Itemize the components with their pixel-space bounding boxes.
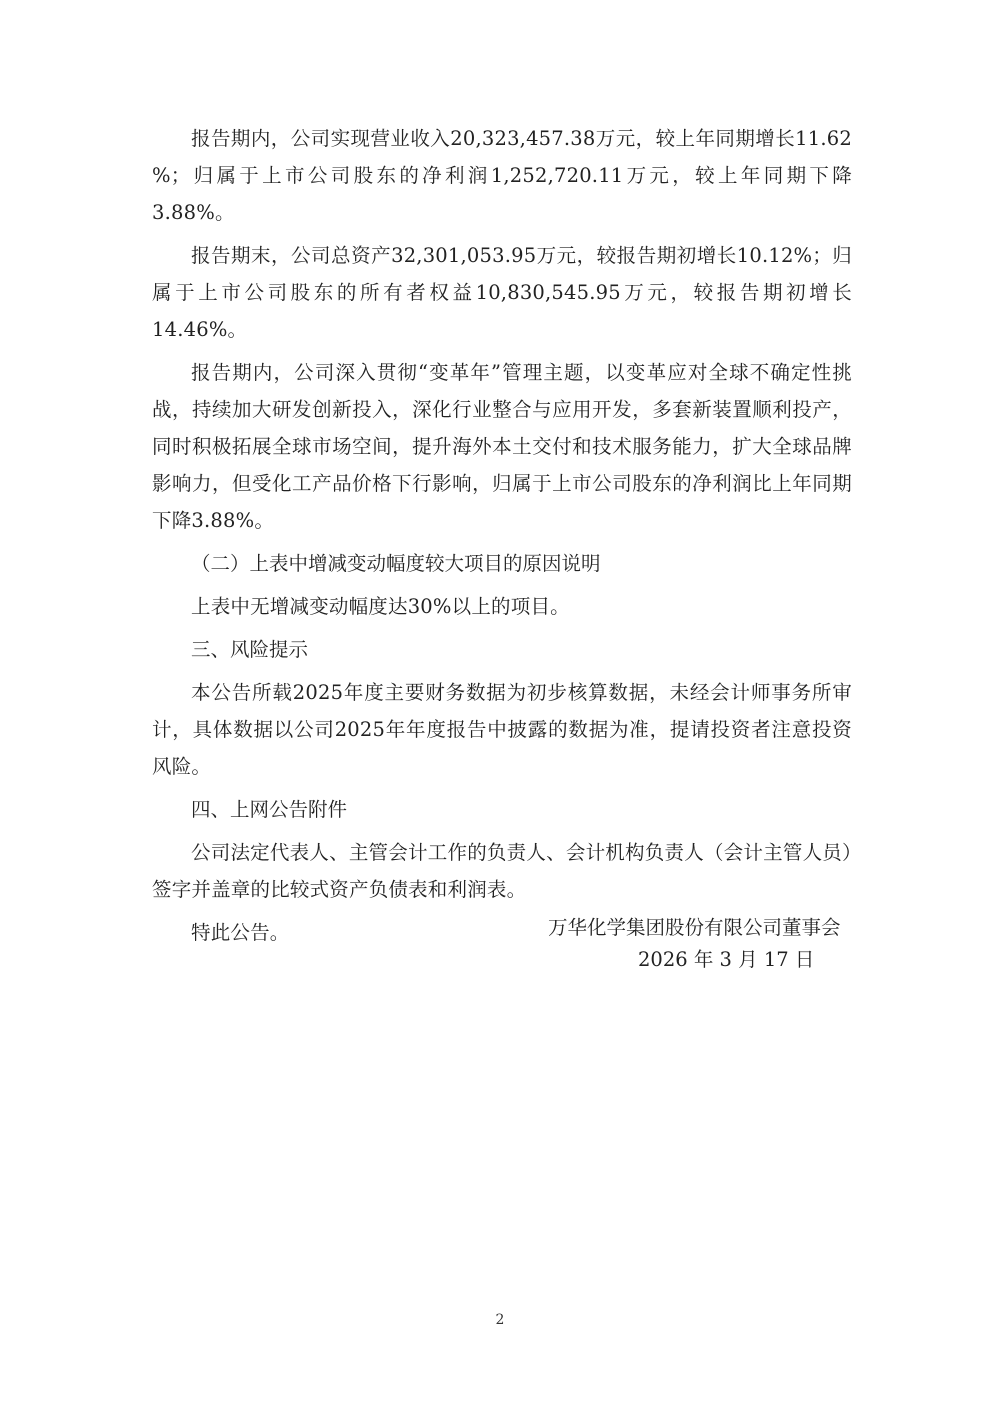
signature-company: 万华化学集团股份有限公司董事会: [548, 912, 841, 944]
paragraph-assets-equity: 报告期末，公司总资产32,301,053.95万元，较报告期初增长10.12%；…: [152, 237, 852, 348]
section-heading-change-reasons: （二）上表中增减变动幅度较大项目的原因说明: [152, 545, 852, 582]
paragraph-risk-notice: 本公告所载2025年度主要财务数据为初步核算数据，未经会计师事务所审计，具体数据…: [152, 674, 852, 785]
document-body: 报告期内，公司实现营业收入20,323,457.38万元，较上年同期增长11.6…: [152, 120, 852, 957]
paragraph-attachments: 公司法定代表人、主管会计工作的负责人、会计机构负责人（会计主管人员）签字并盖章的…: [152, 834, 852, 908]
paragraph-revenue-profit: 报告期内，公司实现营业收入20,323,457.38万元，较上年同期增长11.6…: [152, 120, 852, 231]
signature-block: 万华化学集团股份有限公司董事会 2026 年 3 月 17 日: [548, 912, 841, 976]
page-number: 2: [0, 1312, 1000, 1328]
signature-date: 2026 年 3 月 17 日: [548, 944, 841, 976]
section-heading-risk-notice: 三、风险提示: [152, 631, 852, 668]
paragraph-management-summary: 报告期内，公司深入贯彻“变革年”管理主题，以变革应对全球不确定性挑战，持续加大研…: [152, 354, 852, 539]
paragraph-no-major-changes: 上表中无增减变动幅度达30%以上的项目。: [152, 588, 852, 625]
section-heading-attachments: 四、上网公告附件: [152, 791, 852, 828]
